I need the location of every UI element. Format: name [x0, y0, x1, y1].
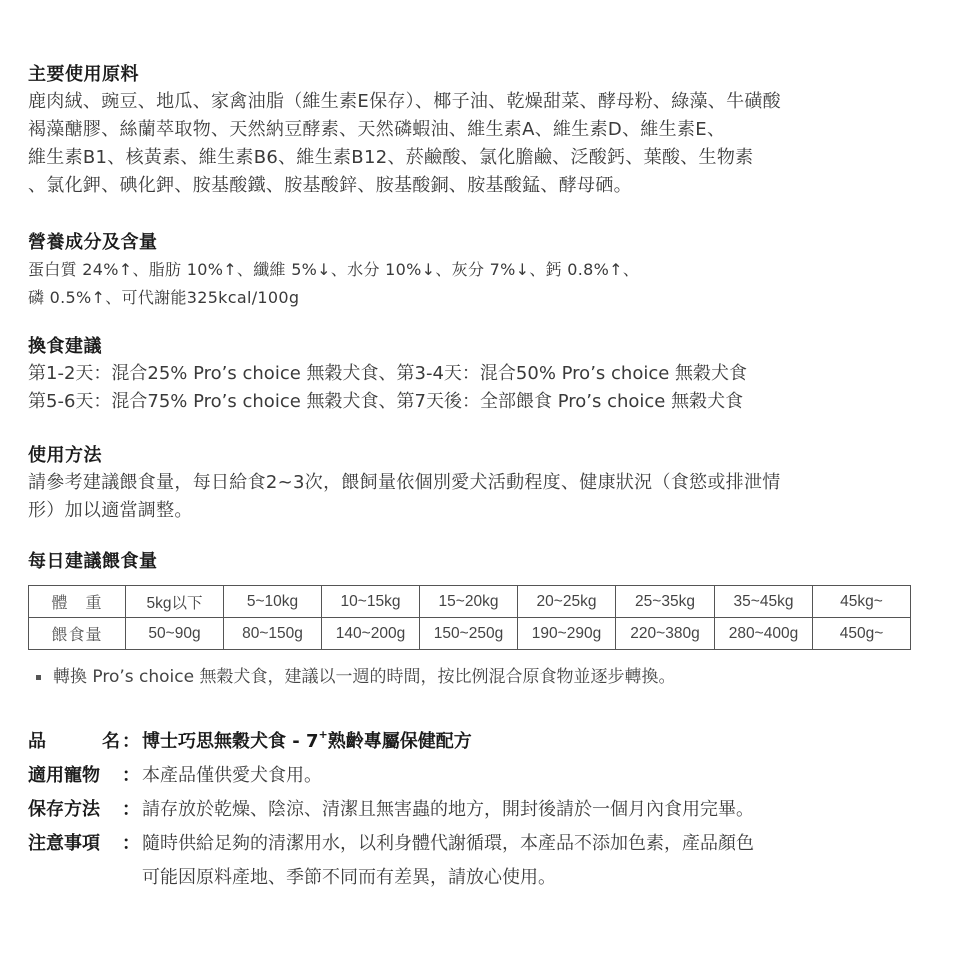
amount-cell: 80~150g [224, 618, 322, 650]
amount-cell: 50~90g [126, 618, 224, 650]
notes-row: 注意事項 ： 隨時供給足夠的清潔用水，以利身體代謝循環，本產品不添加色素，產品顏… [28, 827, 928, 861]
pet-label: 適用寵物 [28, 759, 120, 793]
storage-row: 保存方法 ： 請存放於乾燥、陰涼、清潔且無害蟲的地方，開封後請於一個月內食用完畢… [28, 793, 928, 827]
usage-line: 請參考建議餵食量，每日給食2~3次，餵飼量依個別愛犬活動程度、健康狀況（食慾或排… [28, 469, 781, 497]
amount-cell: 220~380g [616, 618, 715, 650]
notes-value-continued: 可能因原料產地、季節不同而有差異，請放心使用。 [28, 861, 928, 895]
storage-value: 請存放於乾燥、陰涼、清潔且無害蟲的地方，開封後請於一個月內食用完畢。 [142, 793, 754, 827]
weight-row-label: 體 重 [29, 586, 126, 618]
weight-row: 體 重 5kg以下 5~10kg 10~15kg 15~20kg 20~25kg… [29, 586, 911, 618]
usage-heading: 使用方法 [28, 443, 781, 469]
nutrition-section: 營養成分及含量 蛋白質 24%↑、脂肪 10%↑、纖維 5%↓、水分 10%↓、… [28, 230, 639, 312]
feeding-note-text: 轉換 Pro’s choice 無穀犬食，建議以一週的時間，按比例混合原食物並逐… [53, 667, 676, 687]
amount-cell: 280~400g [715, 618, 813, 650]
ingredients-section: 主要使用原料 鹿肉絨、豌豆、地瓜、家禽油脂（維生素E保存）、椰子油、乾燥甜菜、酵… [28, 62, 781, 200]
bullet-icon [36, 675, 41, 680]
ingredients-line: 、氯化鉀、碘化鉀、胺基酸鐵、胺基酸鋅、胺基酸銅、胺基酸錳、酵母硒。 [28, 172, 781, 200]
feeding-note: 轉換 Pro’s choice 無穀犬食，建議以一週的時間，按比例混合原食物並逐… [28, 662, 928, 687]
weight-cell: 5kg以下 [126, 586, 224, 618]
ingredients-heading: 主要使用原料 [28, 62, 781, 88]
nutrition-line: 磷 0.5%↑、可代謝能325kcal/100g [28, 284, 639, 312]
weight-cell: 35~45kg [715, 586, 813, 618]
transition-line: 第5-6天：混合75% Pro’s choice 無穀犬食、第7天後：全部餵食 … [28, 388, 747, 416]
ingredients-line: 褐藻醣膠、絲蘭萃取物、天然納豆酵素、天然磷蝦油、維生素A、維生素D、維生素E、 [28, 116, 781, 144]
feeding-section: 每日建議餵食量 體 重 5kg以下 5~10kg 10~15kg 15~20kg… [28, 549, 928, 687]
transition-line: 第1-2天：混合25% Pro’s choice 無穀犬食、第3-4天：混合50… [28, 360, 747, 388]
amount-cell: 190~290g [518, 618, 616, 650]
amount-row: 餵食量 50~90g 80~150g 140~200g 150~250g 190… [29, 618, 911, 650]
storage-label: 保存方法 [28, 793, 120, 827]
weight-cell: 15~20kg [420, 586, 518, 618]
ingredients-line: 鹿肉絨、豌豆、地瓜、家禽油脂（維生素E保存）、椰子油、乾燥甜菜、酵母粉、綠藻、牛… [28, 88, 781, 116]
amount-cell: 150~250g [420, 618, 518, 650]
notes-value: 隨時供給足夠的清潔用水，以利身體代謝循環，本產品不添加色素，產品顏色 [142, 827, 754, 861]
product-details-section: 品名 ： 博士巧思無穀犬食 - 7+熟齡專屬保健配方 適用寵物 ： 本產品僅供愛… [28, 725, 928, 895]
feeding-heading: 每日建議餵食量 [28, 549, 928, 575]
notes-label: 注意事項 [28, 827, 120, 861]
ingredients-line: 維生素B1、核黃素、維生素B6、維生素B12、菸鹼酸、氯化膽鹼、泛酸鈣、葉酸、生… [28, 144, 781, 172]
product-name-row: 品名 ： 博士巧思無穀犬食 - 7+熟齡專屬保健配方 [28, 725, 928, 759]
pet-row: 適用寵物 ： 本產品僅供愛犬食用。 [28, 759, 928, 793]
amount-row-label: 餵食量 [29, 618, 126, 650]
product-name-label: 品名 [28, 725, 120, 759]
weight-cell: 5~10kg [224, 586, 322, 618]
usage-line: 形）加以適當調整。 [28, 497, 781, 525]
nutrition-line: 蛋白質 24%↑、脂肪 10%↑、纖維 5%↓、水分 10%↓、灰分 7%↓、鈣… [28, 256, 639, 284]
weight-cell: 20~25kg [518, 586, 616, 618]
amount-cell: 140~200g [322, 618, 420, 650]
usage-section: 使用方法 請參考建議餵食量，每日給食2~3次，餵飼量依個別愛犬活動程度、健康狀況… [28, 443, 781, 525]
amount-cell: 450g~ [813, 618, 911, 650]
product-name-value: 博士巧思無穀犬食 - 7+熟齡專屬保健配方 [142, 725, 472, 759]
transition-heading: 換食建議 [28, 334, 747, 360]
feeding-table: 體 重 5kg以下 5~10kg 10~15kg 15~20kg 20~25kg… [28, 585, 911, 650]
transition-section: 換食建議 第1-2天：混合25% Pro’s choice 無穀犬食、第3-4天… [28, 334, 747, 416]
weight-cell: 45kg~ [813, 586, 911, 618]
pet-value: 本產品僅供愛犬食用。 [142, 759, 322, 793]
weight-cell: 25~35kg [616, 586, 715, 618]
weight-cell: 10~15kg [322, 586, 420, 618]
nutrition-heading: 營養成分及含量 [28, 230, 639, 256]
